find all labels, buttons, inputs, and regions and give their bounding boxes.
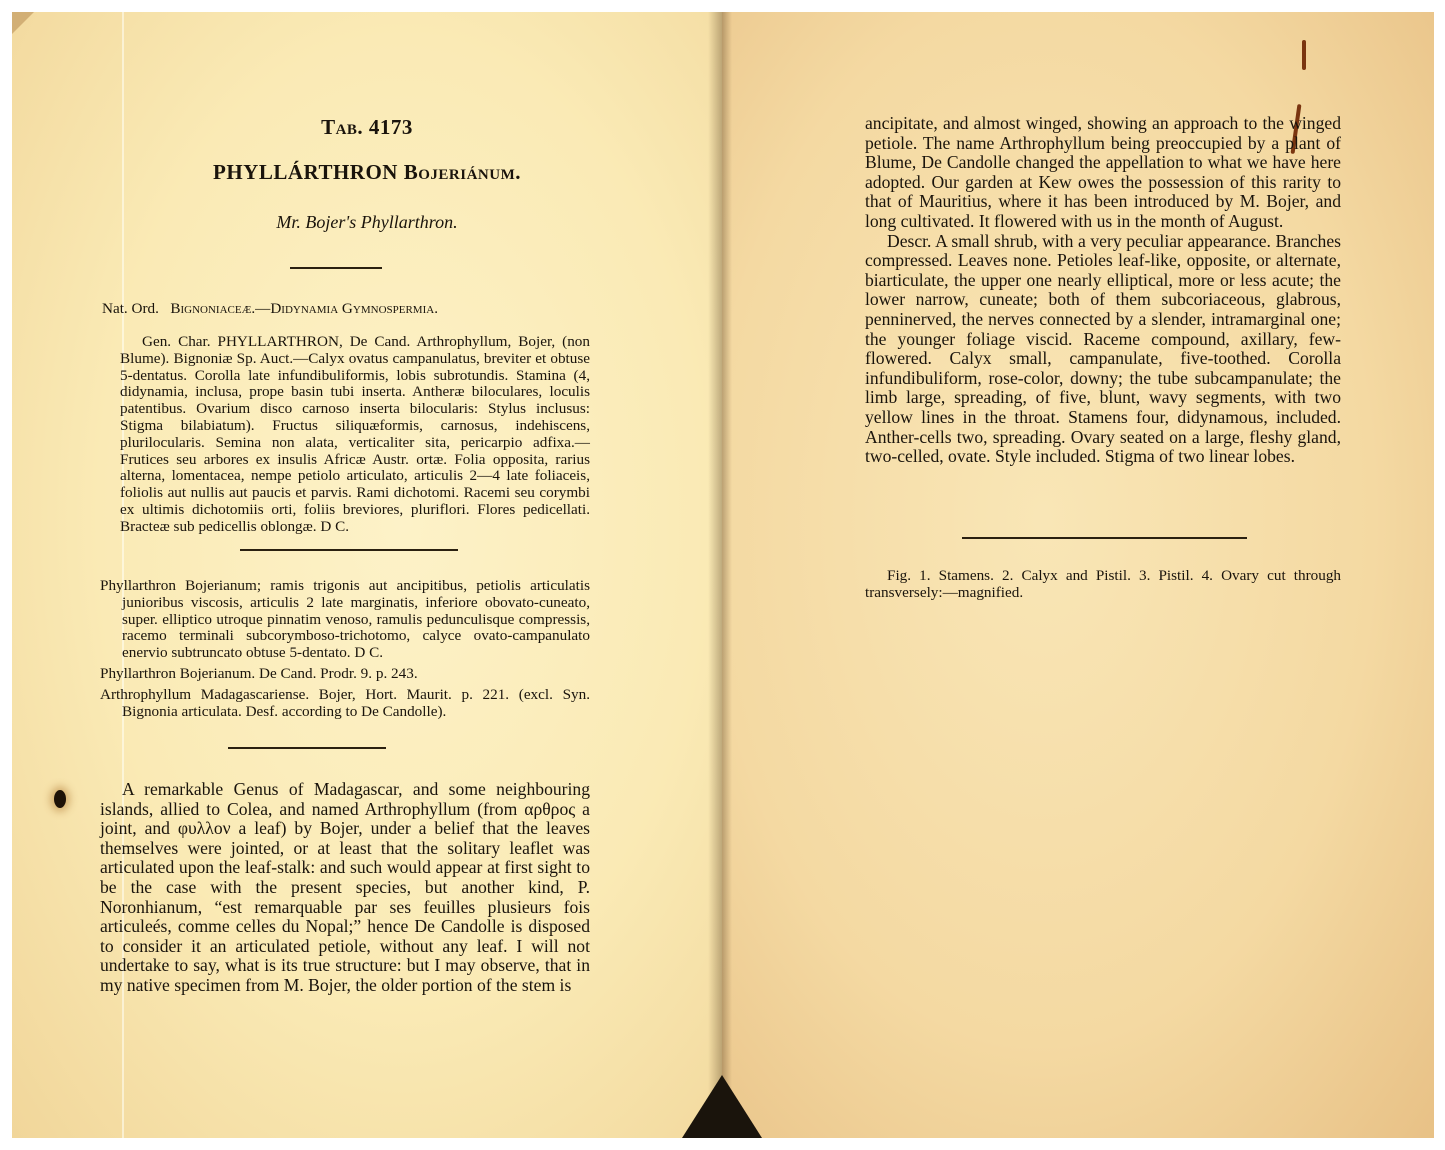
gen-char-paragraph: Gen. Char. PHYLLARTHRON, De Cand. Arthro… [120, 334, 590, 536]
binding-gap [682, 1075, 762, 1138]
right-page: ancipitate, and almost winged, showing a… [722, 12, 1434, 1138]
synonymy-entry: Arthrophyllum Madagascariense. Bojer, Ho… [100, 687, 590, 721]
synonymy-entry: Phyllarthron Bojerianum; ramis trigonis … [100, 578, 590, 662]
synonymy-block: Phyllarthron Bojerianum; ramis trigonis … [100, 578, 590, 720]
body-paragraph: A remarkable Genus of Madagascar, and so… [100, 780, 590, 996]
section-divider [290, 267, 382, 269]
section-divider [962, 537, 1247, 539]
nat-ord-label: Nat. Ord. [102, 300, 159, 317]
section-divider [228, 747, 386, 749]
gutter-shadow [722, 12, 732, 1138]
natural-order: Nat. Ord. Bignoniaceæ.—Didynamia Gymnosp… [102, 300, 438, 318]
species-title: PHYLLÁRTHRON Bojeriánum. [12, 160, 722, 185]
figure-caption-text: Fig. 1. Stamens. 2. Calyx and Pistil. 3.… [865, 568, 1341, 602]
description-paragraph: Descr. A small shrub, with a very peculi… [865, 232, 1341, 467]
plate-number: Tab. 4173 [12, 115, 722, 140]
section-divider [240, 549, 458, 551]
left-page: Tab. 4173 PHYLLÁRTHRON Bojeriánum. Mr. B… [12, 12, 722, 1138]
page-corner-shadow [12, 12, 34, 34]
synonymy-entry: Phyllarthron Bojerianum. De Cand. Prodr.… [100, 666, 590, 683]
figure-caption: Fig. 1. Stamens. 2. Calyx and Pistil. 3.… [865, 568, 1341, 602]
nat-ord-value: Bignoniaceæ.—Didynamia Gymnospermia. [170, 300, 438, 317]
common-name: Mr. Bojer's Phyllarthron. [12, 212, 722, 233]
rust-stain [1302, 40, 1306, 70]
continuation-paragraph: ancipitate, and almost winged, showing a… [865, 114, 1341, 232]
genus-name: PHYLLÁRTHRON [213, 160, 398, 184]
continuation-text: ancipitate, and almost winged, showing a… [865, 114, 1341, 467]
ink-stain [54, 790, 66, 808]
body-text: A remarkable Genus of Madagascar, and so… [100, 780, 590, 996]
generic-character: Gen. Char. PHYLLARTHRON, De Cand. Arthro… [120, 334, 590, 536]
species-epithet: Bojeriánum. [404, 160, 521, 184]
